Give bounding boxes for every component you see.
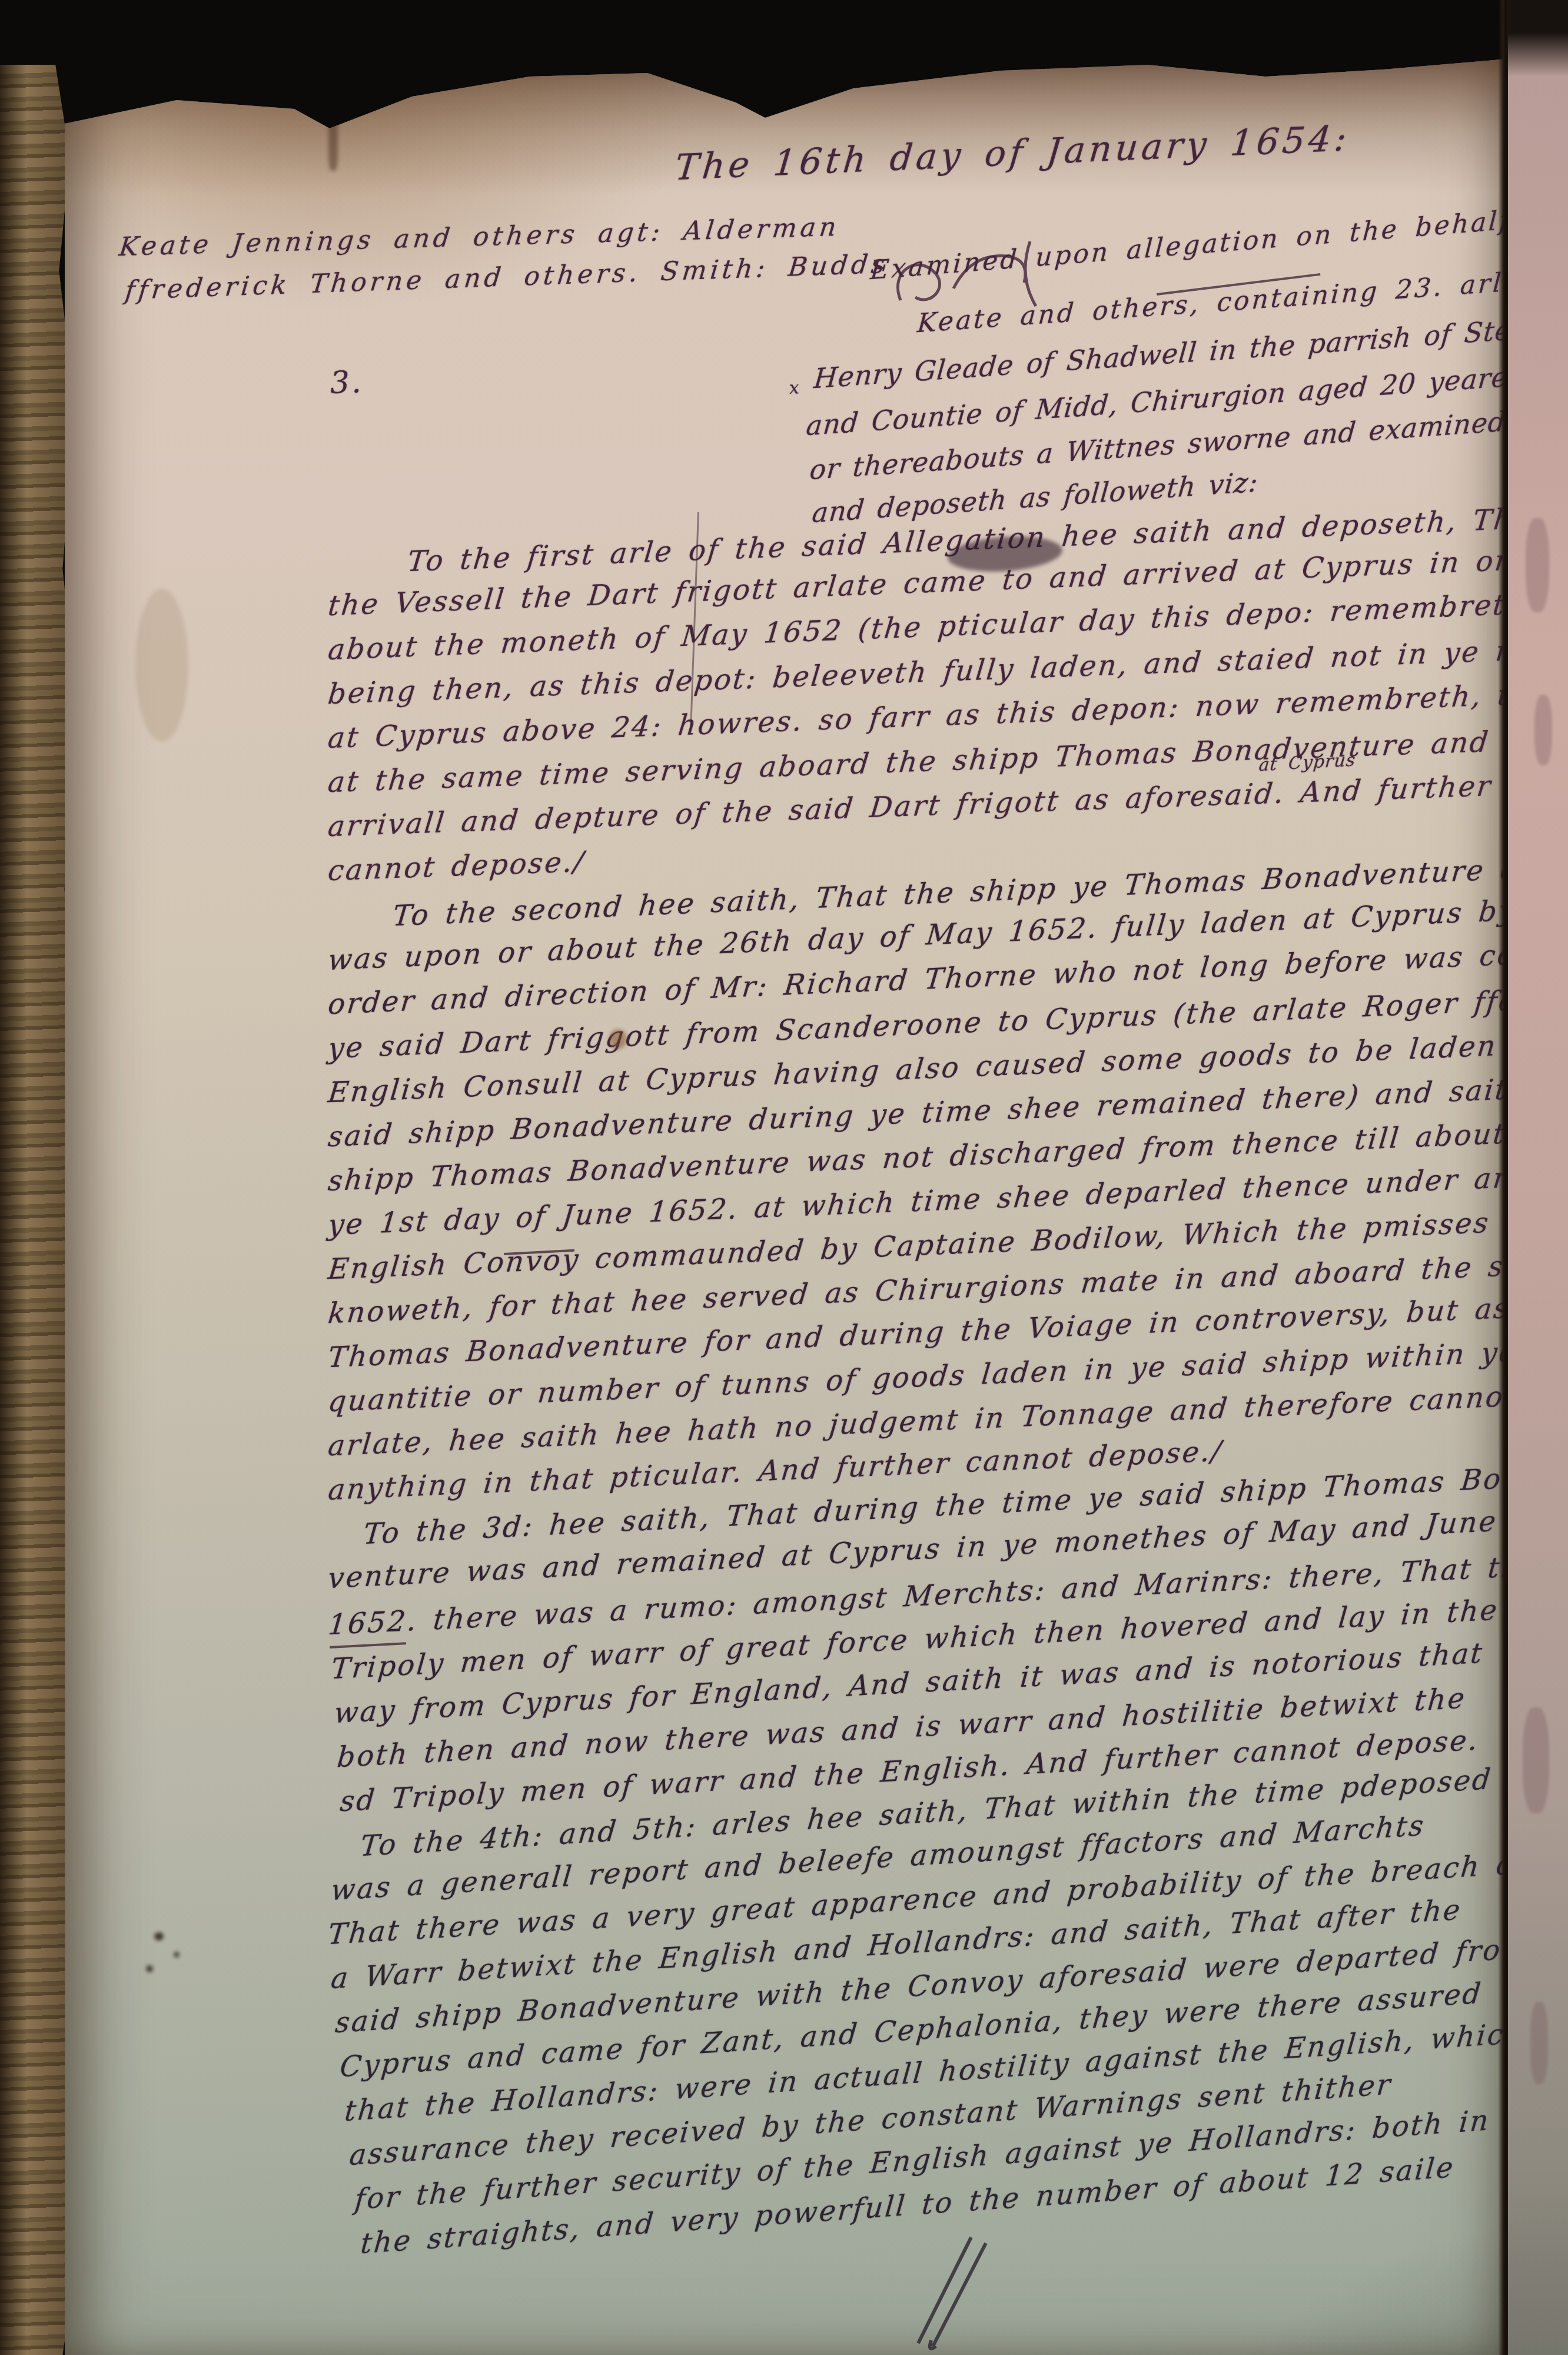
bleedthrough-mark	[1526, 518, 1549, 612]
date-heading: The 16th day of January 1654:	[673, 121, 1351, 185]
interlineation: at Cyprus	[1258, 751, 1356, 774]
paper-stain	[135, 589, 188, 742]
manuscript-photo: The 16th day of January 1654: Keate Jenn…	[0, 0, 1568, 2355]
bleedthrough-mark	[1530, 2002, 1548, 2084]
entry-number: 3.	[330, 367, 363, 399]
underline-1652	[330, 1642, 406, 1648]
margin-case-note-line1: Keate Jennings and others agt: Alderman	[118, 214, 841, 260]
margin-case-note-line2: ffrederick Thorne and others. Smith: Bud…	[124, 251, 889, 304]
bleedthrough-mark	[1534, 695, 1552, 765]
witness-mark: x	[789, 379, 800, 397]
ink-speck	[146, 1965, 153, 1972]
bleedthrough-mark	[1523, 1707, 1549, 1813]
fox-stain	[609, 1029, 627, 1049]
manuscript-page: The 16th day of January 1654: Keate Jenn…	[65, 59, 1508, 2355]
ink-speck	[174, 1952, 180, 1958]
edge-smudge	[328, 115, 338, 171]
next-page-sliver	[1508, 0, 1568, 2355]
ink-speck	[154, 1932, 164, 1941]
deposition-line: cannot depose./	[327, 848, 587, 885]
closing-flourish	[848, 2225, 1024, 2355]
